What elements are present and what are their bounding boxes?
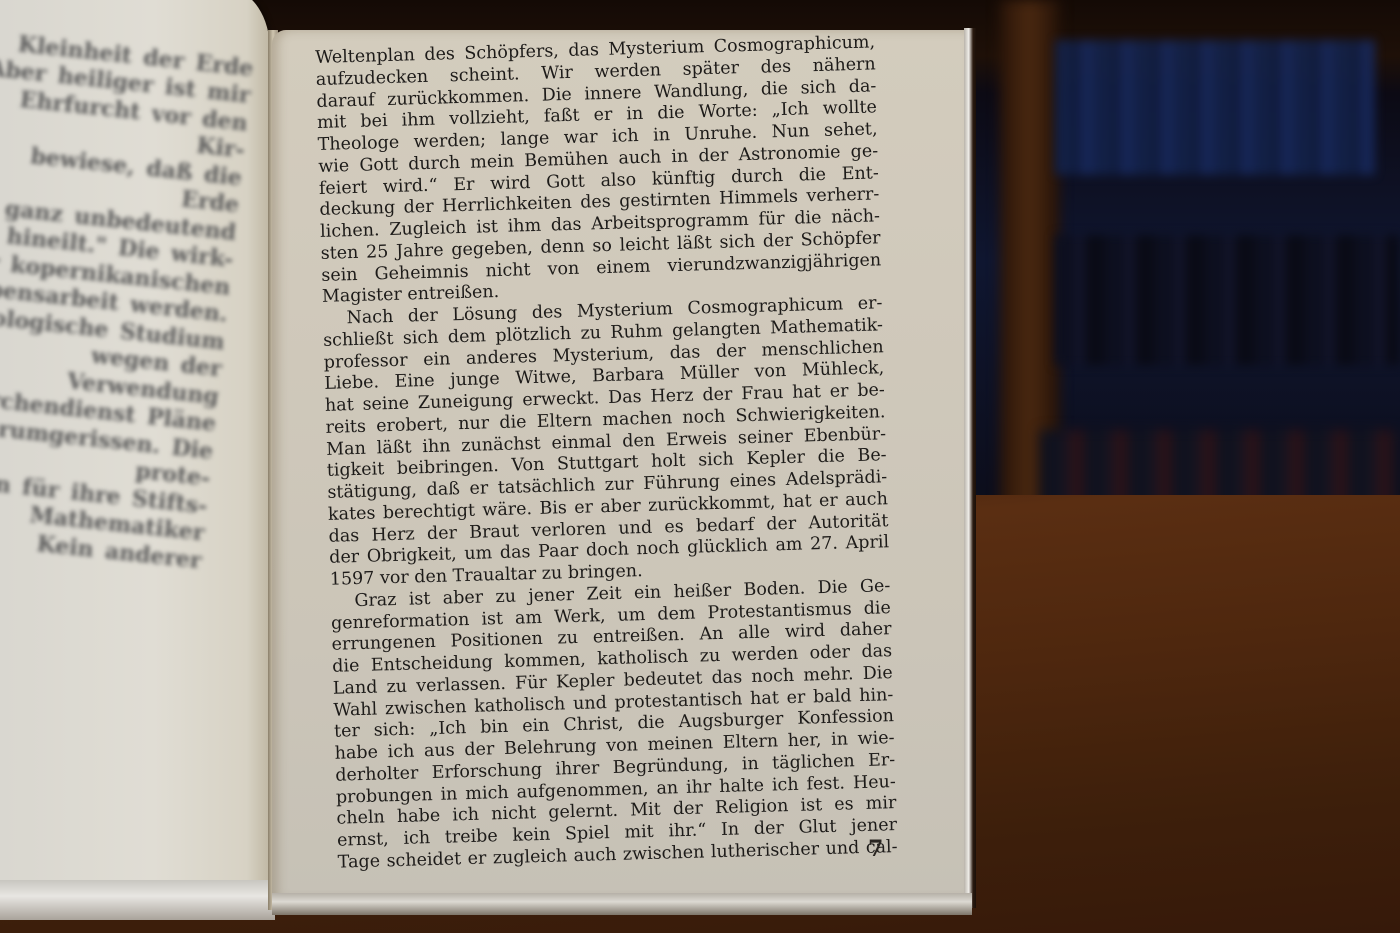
right-page-text: Weltenplan des Schöpfers, das Mysterium … bbox=[315, 32, 898, 874]
shelf-books-dark bbox=[1055, 235, 1400, 365]
page-number: 7 bbox=[868, 836, 883, 862]
paragraph-2: Nach der Lösung des Mysterium Cosmograph… bbox=[322, 293, 890, 591]
shelf-books-blue bbox=[1055, 40, 1375, 175]
right-page-edge bbox=[964, 28, 976, 908]
page-bottom-edge bbox=[272, 893, 972, 915]
paragraph-3: Graz ist aber zu jener Zeit ein heißer B… bbox=[330, 576, 898, 874]
paragraph-1: Weltenplan des Schöpfers, das Mysterium … bbox=[315, 32, 882, 309]
left-page-edge bbox=[0, 880, 275, 920]
left-page-blurred-text: Kleinheit der Erde Aber heiliger ist mir… bbox=[0, 0, 257, 784]
left-page: Kleinheit der Erde Aber heiliger ist mir… bbox=[0, 0, 270, 895]
